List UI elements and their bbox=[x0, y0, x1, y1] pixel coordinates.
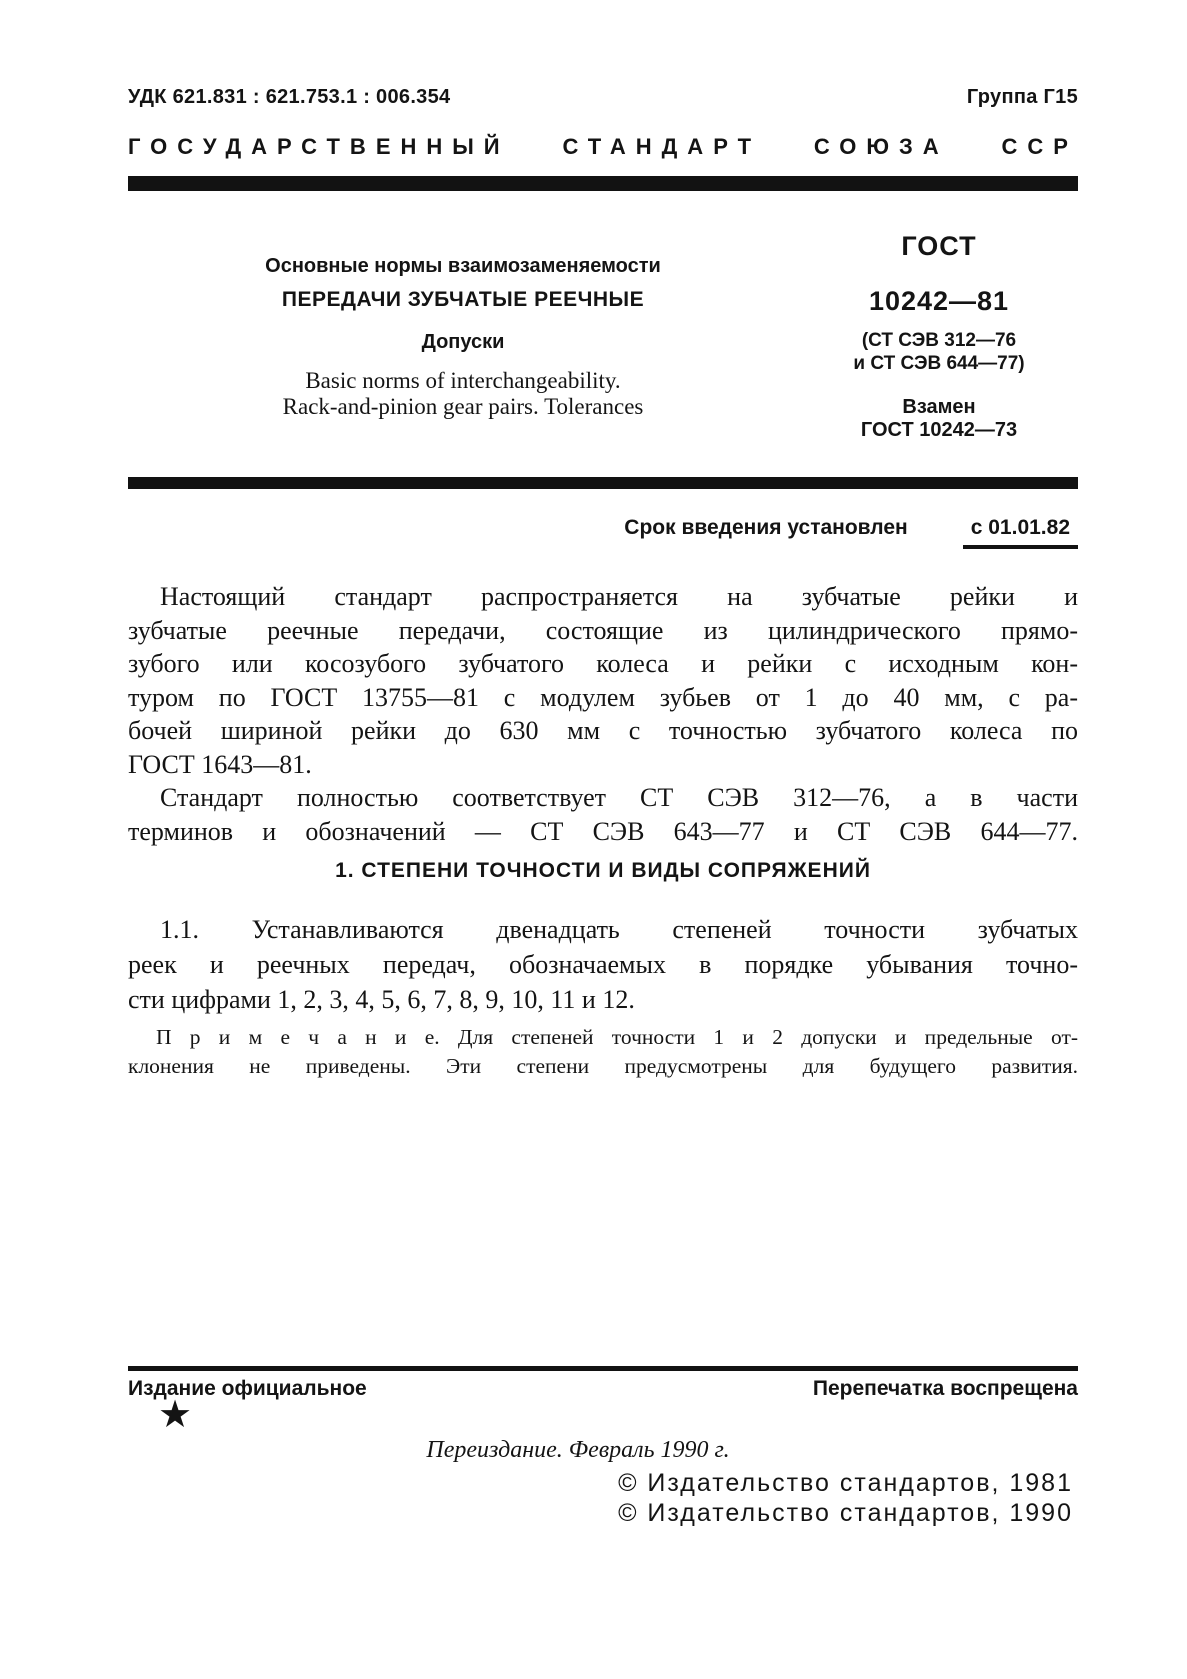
sev-reference-line: (СТ СЭВ 312—76 bbox=[800, 329, 1078, 352]
replaces-number: ГОСТ 10242—73 bbox=[800, 419, 1078, 442]
standard-series-title: Основные нормы взаимозаменяемости bbox=[128, 255, 798, 278]
sev-reference: (СТ СЭВ 312—76 и СТ СЭВ 644—77) bbox=[800, 329, 1078, 375]
footer-row: Издание официальное Перепечатка воспреще… bbox=[128, 1377, 1078, 1401]
paragraph-scope: Настоящий стандарт распространяется на з… bbox=[128, 580, 1078, 781]
paragraph-line: ГОСТ 1643—81. bbox=[128, 748, 1078, 782]
document-page: УДК 621.831 : 621.753.1 : 006.354 Группа… bbox=[0, 0, 1187, 1679]
org-word: ГОСУДАРСТВЕННЫЙ bbox=[128, 134, 510, 160]
paragraph-line: зубчатые реечные передачи, состоящие из … bbox=[128, 614, 1078, 648]
paragraph-line: реек и реечных передач, обозначаемых в п… bbox=[128, 947, 1078, 982]
paragraph-conformity: Стандарт полностью соответствует СТ СЭВ … bbox=[128, 781, 1078, 848]
udk-code: УДК 621.831 : 621.753.1 : 006.354 bbox=[128, 86, 450, 109]
reprint-forbidden-label: Перепечатка воспрещена bbox=[813, 1377, 1078, 1401]
note-line: П р и м е ч а н и е. Для степеней точнос… bbox=[128, 1023, 1078, 1052]
footer-rule bbox=[128, 1366, 1078, 1371]
effective-date-row: Срок введения установлен с 01.01.82 bbox=[128, 516, 1078, 549]
gost-label: ГОСТ bbox=[800, 231, 1078, 262]
paragraph-line: бочей шириной рейки до 630 мм с точность… bbox=[128, 714, 1078, 748]
copyright-line-1981: © Издательство стандартов, 1981 bbox=[128, 1468, 1073, 1498]
note-line: клонения не приведены. Эти степени преду… bbox=[128, 1052, 1078, 1081]
standard-title-english: Basic norms of interchangeability. Rack-… bbox=[128, 368, 798, 420]
org-word: СОЮЗА bbox=[814, 134, 949, 160]
effective-date-label: Срок введения установлен bbox=[624, 516, 907, 540]
note-paragraph: П р и м е ч а н и е. Для степеней точнос… bbox=[128, 1023, 1078, 1081]
title-english-line: Basic norms of interchangeability. bbox=[128, 368, 798, 394]
reissue-note: Переиздание. Февраль 1990 г. bbox=[128, 1437, 1028, 1464]
body-text: Настоящий стандарт распространяется на з… bbox=[128, 580, 1078, 1081]
copyright-line-1990: © Издательство стандартов, 1990 bbox=[128, 1498, 1073, 1528]
replaces-label: Взамен bbox=[800, 396, 1078, 419]
sev-reference-line: и СТ СЭВ 644—77) bbox=[800, 352, 1078, 375]
title-english-line: Rack-and-pinion gear pairs. Tolerances bbox=[128, 394, 798, 420]
org-word: ССР bbox=[1002, 134, 1078, 160]
paragraph-line: Настоящий стандарт распространяется на з… bbox=[128, 580, 1078, 614]
state-standard-header: ГОСУДАРСТВЕННЫЙ СТАНДАРТ СОЮЗА ССР bbox=[128, 134, 1078, 160]
gost-number: 10242—81 bbox=[800, 286, 1078, 317]
effective-date-value: с 01.01.82 bbox=[963, 516, 1078, 549]
title-rule bbox=[128, 477, 1078, 489]
standard-subtitle: Допуски bbox=[128, 331, 798, 354]
header-rule bbox=[128, 176, 1078, 191]
paragraph-line: сти цифрами 1, 2, 3, 4, 5, 6, 7, 8, 9, 1… bbox=[128, 982, 1078, 1017]
classification-row: УДК 621.831 : 621.753.1 : 006.354 Группа… bbox=[128, 86, 1078, 109]
paragraph-line: туром по ГОСТ 13755—81 с модулем зубьев … bbox=[128, 681, 1078, 715]
section-1-heading: 1. СТЕПЕНИ ТОЧНОСТИ И ВИДЫ СОПРЯЖЕНИЙ bbox=[128, 858, 1078, 884]
group-code: Группа Г15 bbox=[967, 86, 1078, 109]
paragraph-line: терминов и обозначений — СТ СЭВ 643—77 и… bbox=[128, 815, 1078, 849]
standard-title: ПЕРЕДАЧИ ЗУБЧАТЫЕ РЕЕЧНЫЕ bbox=[128, 288, 798, 312]
org-word: СТАНДАРТ bbox=[562, 134, 761, 160]
paragraph-1-1: 1.1. Устанавливаются двенадцать степеней… bbox=[128, 912, 1078, 1017]
paragraph-line: Стандарт полностью соответствует СТ СЭВ … bbox=[128, 781, 1078, 815]
official-edition-star-icon: ★ bbox=[158, 1396, 192, 1434]
paragraph-line: 1.1. Устанавливаются двенадцать степеней… bbox=[128, 912, 1078, 947]
copyright-block: © Издательство стандартов, 1981 © Издате… bbox=[128, 1468, 1073, 1528]
paragraph-line: зубого или косозубого зубчатого колеса и… bbox=[128, 647, 1078, 681]
